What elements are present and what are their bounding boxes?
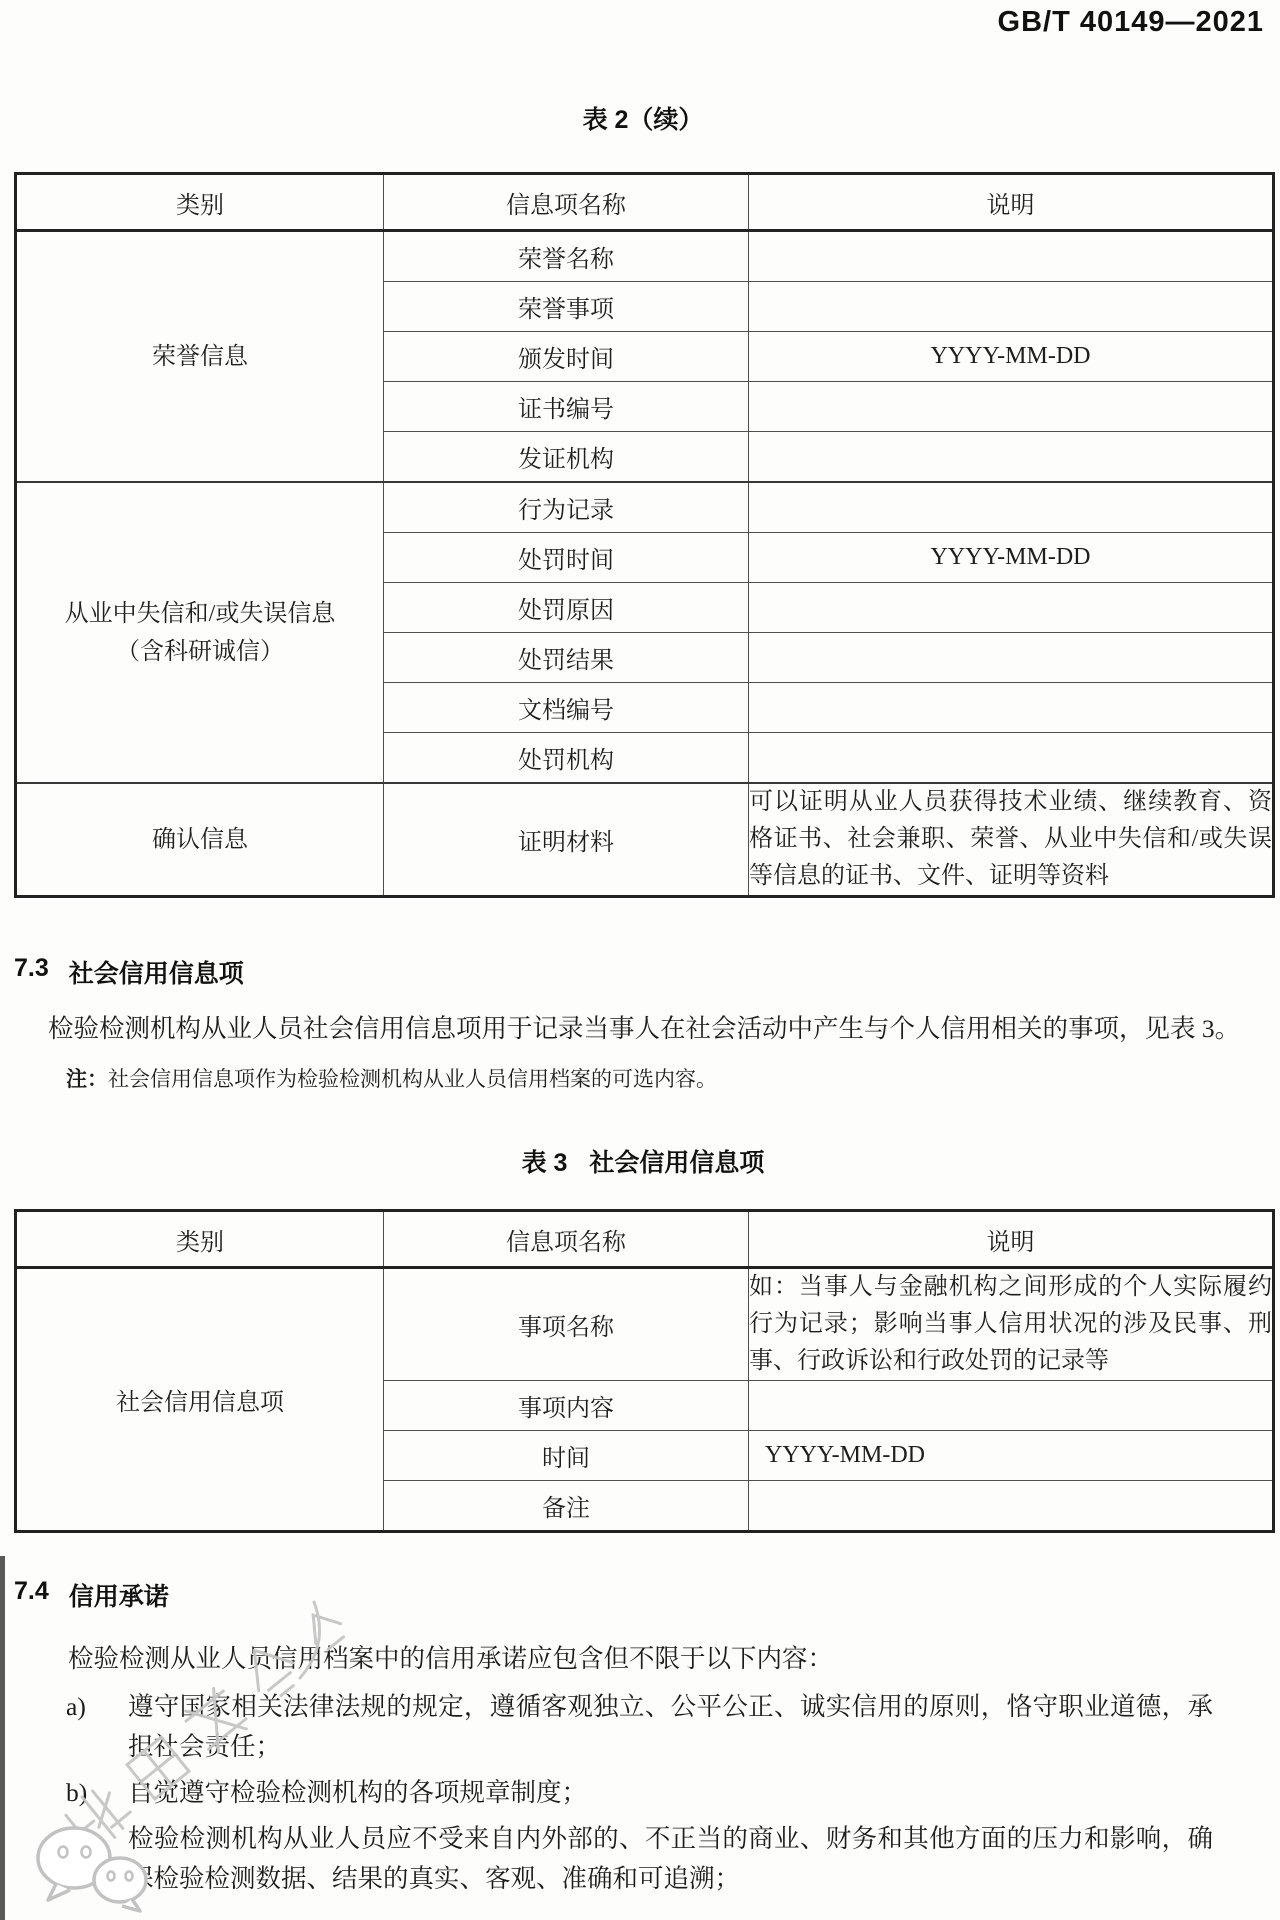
section-number: 7.3 bbox=[14, 954, 49, 990]
table2: 类别 信息项名称 说明 荣誉信息 荣誉名称 荣誉事项 bbox=[14, 172, 1275, 898]
item-name-cell: 行为记录 bbox=[384, 482, 749, 533]
item-desc-cell bbox=[749, 1481, 1274, 1532]
table2-header-category: 类别 bbox=[16, 174, 384, 231]
section-7-3-note: 注：社会信用信息项作为检验检测机构从业人员信用档案的可选内容。 bbox=[66, 1064, 1272, 1095]
table2-category-honor: 荣誉信息 bbox=[16, 231, 384, 483]
item-name-cell: 处罚机构 bbox=[384, 733, 749, 784]
table2-header-desc: 说明 bbox=[749, 174, 1274, 231]
note-label: 注： bbox=[66, 1068, 108, 1091]
table3-header-category: 类别 bbox=[16, 1211, 384, 1268]
table-row: 从业中失信和/或失误信息 （含科研诚信） 行为记录 bbox=[16, 482, 1274, 533]
section-7-4-intro: 检验检测从业人员信用档案中的信用承诺应包含但不限于以下内容： bbox=[14, 1639, 1272, 1679]
list-item-text: 自觉遵守检验检测机构的各项规章制度； bbox=[128, 1773, 1213, 1813]
item-desc-cell bbox=[749, 683, 1274, 733]
category-label: 荣誉信息 bbox=[17, 338, 383, 376]
list-item-label: c) bbox=[66, 1819, 128, 1899]
list-item-text: 检验检测机构从业人员应不受来自内外部的、不正当的商业、财务和其他方面的压力和影响… bbox=[128, 1819, 1213, 1899]
item-name-cell: 备注 bbox=[384, 1481, 749, 1532]
section-7-4-heading: 7.4 信用承诺 bbox=[14, 1577, 1272, 1613]
item-name-cell: 时间 bbox=[384, 1431, 749, 1481]
section-number: 7.4 bbox=[14, 1577, 49, 1613]
item-name-cell: 颁发时间 bbox=[384, 332, 749, 382]
table3-header-row: 类别 信息项名称 说明 bbox=[16, 1211, 1274, 1268]
table3-caption-label: 表 3 bbox=[522, 1149, 568, 1177]
scan-edge-artifact bbox=[0, 1556, 5, 1920]
item-name-cell: 荣誉事项 bbox=[384, 282, 749, 332]
table2-category-dishonesty: 从业中失信和/或失误信息 （含科研诚信） bbox=[16, 482, 384, 783]
list-item: a) 遵守国家相关法律法规的规定，遵循客观独立、公平公正、诚实信用的原则，恪守职… bbox=[66, 1687, 1272, 1767]
table-row: 确认信息 证明材料 可以证明从业人员获得技术业绩、继续教育、资格证书、社会兼职、… bbox=[16, 783, 1274, 897]
category-label: （含科研诚信） bbox=[17, 633, 383, 671]
item-desc-cell bbox=[749, 382, 1274, 432]
item-name-cell: 事项名称 bbox=[384, 1268, 749, 1381]
item-desc-cell: YYYY-MM-DD bbox=[749, 1431, 1274, 1481]
item-desc-cell bbox=[749, 282, 1274, 332]
list-item-label: a) bbox=[66, 1687, 128, 1767]
item-name-cell: 证书编号 bbox=[384, 382, 749, 432]
table2-category-confirm: 确认信息 bbox=[16, 783, 384, 897]
list-item: c) 检验检测机构从业人员应不受来自内外部的、不正当的商业、财务和其他方面的压力… bbox=[66, 1819, 1272, 1899]
section-title: 社会信用信息项 bbox=[69, 954, 244, 990]
item-desc-cell bbox=[749, 583, 1274, 633]
table3-caption-title: 社会信用信息项 bbox=[589, 1149, 764, 1177]
item-name-cell: 证明材料 bbox=[384, 783, 749, 897]
list-item: b) 自觉遵守检验检测机构的各项规章制度； bbox=[66, 1773, 1272, 1813]
item-name-cell: 处罚结果 bbox=[384, 633, 749, 683]
item-desc-cell: 如：当事人与金融机构之间形成的个人实际履约行为记录；影响当事人信用状况的涉及民事… bbox=[749, 1268, 1274, 1381]
item-name-cell: 发证机构 bbox=[384, 432, 749, 483]
item-desc-cell bbox=[749, 633, 1274, 683]
section-title: 信用承诺 bbox=[69, 1577, 169, 1613]
table3-header-item: 信息项名称 bbox=[384, 1211, 749, 1268]
table-row: 社会信用信息项 事项名称 如：当事人与金融机构之间形成的个人实际履约行为记录；影… bbox=[16, 1268, 1274, 1381]
table2-caption: 表 2（续） bbox=[14, 100, 1272, 136]
item-desc-cell bbox=[749, 432, 1274, 483]
list-item-label: b) bbox=[66, 1773, 128, 1813]
table2-header-item: 信息项名称 bbox=[384, 174, 749, 231]
page-content: 表 2（续） 类别 信息项名称 说明 荣誉信息 荣誉名称 bbox=[14, 0, 1272, 1899]
section-7-3-heading: 7.3 社会信用信息项 bbox=[14, 954, 1272, 990]
item-desc-cell: YYYY-MM-DD bbox=[749, 533, 1274, 583]
section-7-3-paragraph: 检验检测机构从业人员社会信用信息项用于记录当事人在社会活动中产生与个人信用相关的… bbox=[14, 1010, 1272, 1048]
item-name-cell: 文档编号 bbox=[384, 683, 749, 733]
note-text: 社会信用信息项作为检验检测机构从业人员信用档案的可选内容。 bbox=[108, 1067, 717, 1091]
item-name-cell: 事项内容 bbox=[384, 1381, 749, 1431]
table3-caption: 表 3社会信用信息项 bbox=[14, 1143, 1272, 1179]
table-row: 荣誉信息 荣誉名称 bbox=[16, 231, 1274, 282]
item-name-cell: 荣誉名称 bbox=[384, 231, 749, 282]
commitment-list: a) 遵守国家相关法律法规的规定，遵循客观独立、公平公正、诚实信用的原则，恪守职… bbox=[66, 1687, 1272, 1899]
item-desc-cell bbox=[749, 231, 1274, 282]
table3-header-desc: 说明 bbox=[749, 1211, 1274, 1268]
item-desc-cell bbox=[749, 1381, 1274, 1431]
list-item-text: 遵守国家相关法律法规的规定，遵循客观独立、公平公正、诚实信用的原则，恪守职业道德… bbox=[128, 1687, 1213, 1767]
category-label: 确认信息 bbox=[17, 821, 383, 859]
table3-category: 社会信用信息项 bbox=[16, 1268, 384, 1532]
item-name-cell: 处罚原因 bbox=[384, 583, 749, 633]
document-page: GB/T 40149—2021 表 2（续） 类别 信息项名称 说明 荣誉信息 … bbox=[0, 0, 1280, 1920]
item-desc-cell bbox=[749, 482, 1274, 533]
item-desc-cell: 可以证明从业人员获得技术业绩、继续教育、资格证书、社会兼职、荣誉、从业中失信和/… bbox=[749, 783, 1274, 897]
table2-header-row: 类别 信息项名称 说明 bbox=[16, 174, 1274, 231]
table3: 类别 信息项名称 说明 社会信用信息项 事项名称 如：当事人与金融机构之间形成的… bbox=[14, 1209, 1275, 1533]
category-label: 从业中失信和/或失误信息 bbox=[17, 595, 383, 633]
item-desc-cell bbox=[749, 733, 1274, 784]
item-name-cell: 处罚时间 bbox=[384, 533, 749, 583]
item-desc-cell: YYYY-MM-DD bbox=[749, 332, 1274, 382]
